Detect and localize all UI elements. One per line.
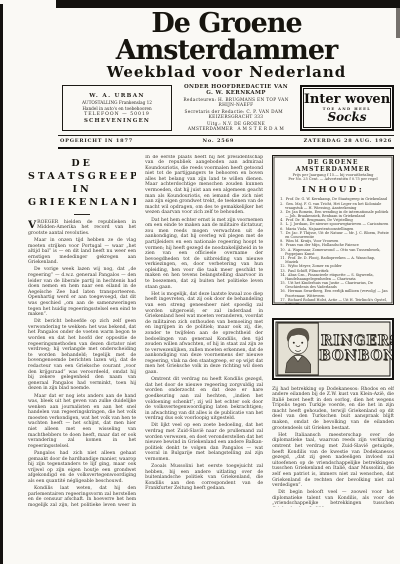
masthead-title: De Groene Amsterdammer	[58, 10, 395, 64]
boy-portrait-illustration	[277, 322, 319, 376]
advert-ringers-line2: BONBONS	[319, 349, 394, 363]
issue-date: ZATERDAG 28 AUG. 1926	[304, 138, 392, 144]
issue-number: No. 2569	[203, 138, 235, 144]
founded-label: OPGERICHT IN 1877	[60, 138, 133, 144]
headline-rule	[74, 214, 90, 215]
headline-line2: IN GRIEKENLAND	[28, 184, 136, 208]
inhoud-item: Uit het Kinderhuis van Justie — Charivar…	[285, 281, 389, 289]
inhoud-item: Prof. Dr. G. W. Kernkamp, De Staatsgreep…	[285, 197, 389, 201]
inhoud-item: A. Wapenaar, Zomeravond — Otto van Tusse…	[285, 248, 389, 256]
advert-ringers: RINGERS' BONBONS	[272, 318, 394, 380]
paragraph: De vorige week lazen wij nog, dat „de re…	[28, 267, 136, 317]
masthead: De Groene Amsterdammer Weekblad voor Ned…	[58, 10, 395, 80]
paragraph: Dit lijkt veel op een zoete bedoeling, d…	[145, 423, 263, 462]
advert-interwoven: Inter woven TOE AND HEEL Socks	[300, 85, 394, 131]
paragraph: VROEGER hielden de republieken in Midden…	[28, 220, 136, 237]
chief-editor-line: ONDER HOOFDREDACTIE VAN G. W. KERNKAMP	[182, 84, 290, 96]
publisher-line: Uitg.: N.V. DE GROENE AMSTERDAMMER A M S…	[182, 122, 290, 132]
paragraph: Dat het hem echter ernst is met zijn voo…	[145, 218, 263, 291]
inhoud-item: Gen. Maj. F. G. van Tricht, Het Leger en…	[285, 202, 389, 210]
headline-line1: DE STAATSGREEP	[28, 158, 136, 182]
paragraph: Het Italiaansch meesterschap over de dip…	[272, 433, 394, 489]
paragraph: Zij had betrekking op Dodekanesos: Rhodo…	[272, 387, 394, 432]
inhoud-item: Dr. Jac. P. Thijsse, Uit de Natuur — Mr.…	[285, 231, 389, 239]
paragraph: Dit begin belooft veel — zoowel voor het…	[272, 490, 394, 506]
newspaper-page: De Groene Amsterdammer Weekblad voor Ned…	[0, 0, 400, 564]
advert-urban-line: AUTOSTALLING Frankenslag 12	[66, 100, 168, 105]
article-headline: DE STAATSGREEP IN GRIEKENLAND	[28, 157, 136, 210]
advert-interwoven-product: Socks	[302, 111, 392, 123]
advert-urban-city: SCHEVENINGEN	[66, 118, 168, 124]
paragraph: Kondilis laat weten, dat hij den parleme…	[28, 486, 136, 507]
paragraph: Maar dat er nog iets anders aan de hand …	[28, 394, 136, 450]
advert-price-line: Per No. 25 Cent. — Advertentiën f 0.75 p…	[277, 177, 389, 182]
inhoud-item: Abas Czn., Financieele etiquette — S. Si…	[285, 273, 389, 281]
inhoud-heading: INHOUD:	[277, 185, 389, 195]
scan-edge-left-bar	[0, 4, 3, 564]
advert-ringers-wordmark: RINGERS' BONBONS	[319, 334, 394, 362]
paragraph: Dit bericht behoefde op zich zelf geen v…	[28, 319, 136, 392]
paragraph: Zooals Mussolini het eerste toegejuicht …	[145, 464, 263, 492]
advert-urban: W. A. URBAN AUTOSTALLING Frankenslag 12 …	[62, 85, 172, 131]
header-row: W. A. URBAN AUTOSTALLING Frankenslag 12 …	[62, 85, 394, 131]
inhoud-box: DE GROENE AMSTERDAMMER Prijs per Jaargan…	[272, 155, 394, 305]
advert-urban-line: Handel in auto's en toebehooren	[66, 106, 168, 111]
inhoud-item: Richard Roland Holst, Actie — Uit H. Tei…	[285, 298, 389, 305]
inhoud-item: Prof. Dr. D. Plooij, Radiopreeken — A. W…	[285, 256, 389, 264]
article-columns: DE STAATSGREEP IN GRIEKENLAND VROEGER hi…	[28, 155, 394, 507]
paragraph: Omtrent dit verdrag nu heeft Kondilis ge…	[145, 377, 263, 422]
column-3: DE GROENE AMSTERDAMMER Prijs per Jaargan…	[272, 155, 394, 507]
advert-interwoven-brand: Inter woven	[302, 93, 392, 106]
column-1: DE STAATSGREEP IN GRIEKENLAND VROEGER hi…	[28, 155, 136, 507]
advert-ringers-line1: RINGERS'	[319, 334, 394, 348]
inhoud-item: Herman Swartberg, Een eerlijk millioen (…	[285, 289, 389, 297]
secretary-line: Secretaris der Redactie: C. P. VAN DAM K…	[182, 110, 290, 120]
inhoud-list: Prof. Dr. G. W. Kernkamp, De Staatsgreep…	[277, 197, 389, 304]
article-text-col2: In de eerste plaats heeft hij het presid…	[145, 155, 263, 493]
scan-edge-top-bar	[56, 0, 400, 8]
article-text-col3: Zij had betrekking op Dodekanesos: Rhodo…	[272, 387, 394, 507]
masthead-subtitle: Weekblad voor Nederland	[58, 65, 395, 80]
inhoud-item: Dr. Jan Romein, Een wending in de intern…	[285, 210, 389, 218]
paragraph: Het is mogelijk, dat deze laatste kwaal …	[145, 292, 263, 376]
paragraph: Pangalos had zich niet alleen gehaat gem…	[28, 451, 136, 485]
scan-smudge	[396, 8, 400, 38]
paragraph: In de eerste plaats heeft hij het presid…	[145, 155, 263, 217]
editors-line: Redacteuren: H. BRUGMANS EN TOP VAN RHIJ…	[182, 98, 290, 108]
article-text-col1: VROEGER hielden de republieken in Midden…	[28, 220, 136, 507]
paragraph: Maar in onzen tijd hebben ze de vlag moe…	[28, 238, 136, 266]
column-2: In de eerste plaats heeft hij het presid…	[145, 155, 263, 507]
advert-urban-phone: TELEFOON — 50019	[66, 112, 168, 117]
dateline: OPGERICHT IN 1877 No. 2569 ZATERDAG 28 A…	[58, 135, 394, 149]
inhoud-box-title: DE GROENE AMSTERDAMMER	[277, 159, 389, 173]
advert-urban-name: W. A. URBAN	[66, 93, 168, 99]
editorial-credits: ONDER HOOFDREDACTIE VAN G. W. KERNKAMP R…	[182, 85, 290, 131]
